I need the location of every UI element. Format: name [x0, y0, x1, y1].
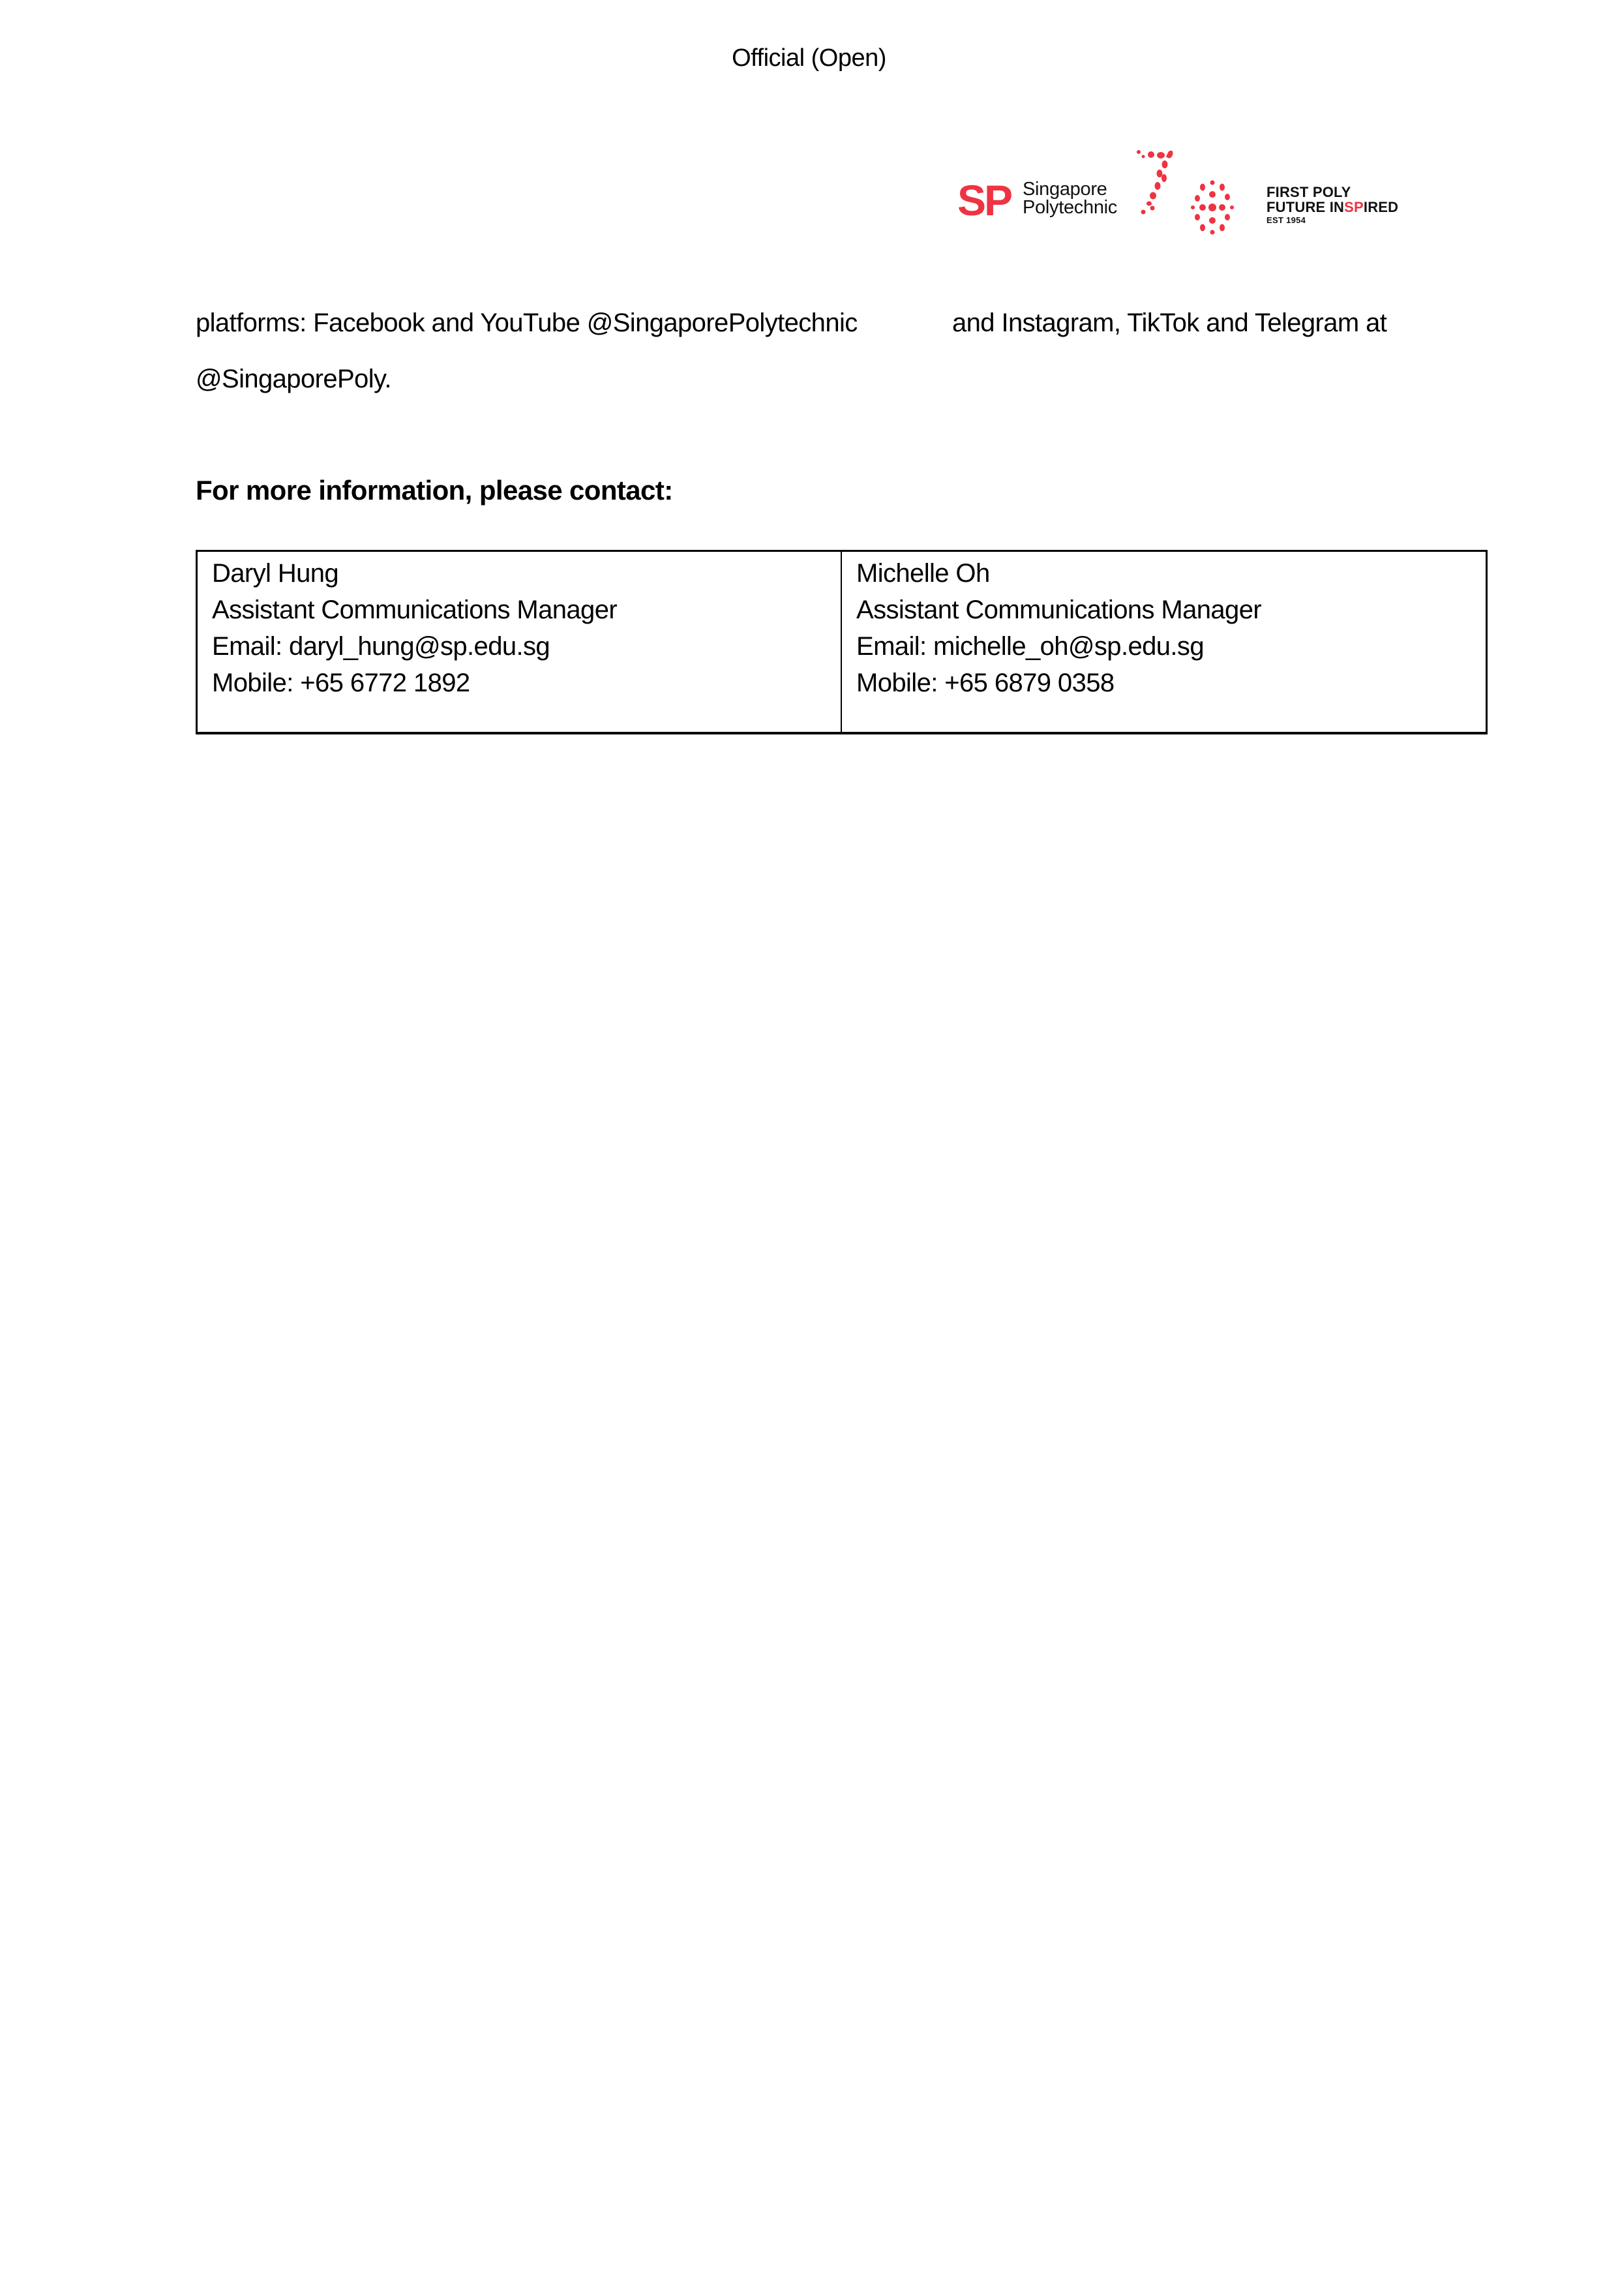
contact-email-row: Email: michelle_oh@sp.edu.sg — [856, 628, 1471, 665]
institution-name: Singapore Polytechnic — [1023, 180, 1117, 217]
document-classification-header: Official (Open) — [0, 42, 1618, 74]
social-media-paragraph-line1: platforms: Facebook and YouTube @Singapo… — [196, 307, 1493, 339]
tagline-line2: FUTURE INSPIRED — [1266, 200, 1398, 215]
contact-mobile-label: Mobile: — [212, 669, 300, 697]
contact-card: Michelle Oh Assistant Communications Man… — [842, 552, 1486, 732]
tagline-established-year: EST 1954 — [1266, 215, 1398, 226]
contact-mobile-number: +65 6772 1892 — [300, 669, 470, 697]
contact-mobile-number: +65 6879 0358 — [944, 669, 1114, 697]
contact-email-link[interactable]: michelle_oh@sp.edu.sg — [933, 632, 1204, 661]
classification-label: Official (Open) — [732, 44, 886, 72]
contact-email-label: Email: — [856, 632, 933, 661]
tagline-line1: FIRST POLY — [1266, 185, 1398, 200]
contact-email-row: Email: daryl_hung@sp.edu.sg — [212, 628, 826, 665]
contact-mobile-row: Mobile: +65 6772 1892 — [212, 665, 826, 701]
tagline-line2-suffix: IRED — [1364, 199, 1398, 215]
contact-section-heading: For more information, please contact: — [196, 474, 673, 507]
contact-title: Assistant Communications Manager — [856, 592, 1471, 628]
social-media-text-handle: @SingaporePoly. — [196, 365, 391, 393]
contact-mobile-row: Mobile: +65 6879 0358 — [856, 665, 1471, 701]
tagline-line2-highlight: SP — [1344, 199, 1364, 215]
social-media-text-part2: and Instagram, TikTok and Telegram at — [952, 307, 1386, 339]
contact-mobile-label: Mobile: — [856, 669, 944, 697]
contact-email-link[interactable]: daryl_hung@sp.edu.sg — [289, 632, 550, 661]
tagline-line2-prefix: FUTURE IN — [1266, 199, 1344, 215]
contact-email-label: Email: — [212, 632, 289, 661]
logo-tagline: FIRST POLY FUTURE INSPIRED EST 1954 — [1266, 185, 1398, 226]
contact-title: Assistant Communications Manager — [212, 592, 826, 628]
institution-name-line1: Singapore — [1023, 180, 1117, 198]
anniversary-70-dots-icon — [1135, 149, 1259, 247]
sp-logo-mark: SP — [957, 179, 1011, 222]
social-media-text-part1: platforms: Facebook and YouTube @Singapo… — [196, 309, 858, 337]
institution-name-line2: Polytechnic — [1023, 198, 1117, 217]
singapore-polytechnic-logo: SP Singapore Polytechnic — [952, 149, 1409, 247]
contact-name: Daryl Hung — [212, 555, 826, 592]
contacts-table: Daryl Hung Assistant Communications Mana… — [196, 550, 1488, 734]
contact-name: Michelle Oh — [856, 555, 1471, 592]
social-media-paragraph-line2: @SingaporePoly. — [196, 363, 1493, 395]
contact-card: Daryl Hung Assistant Communications Mana… — [198, 552, 842, 732]
